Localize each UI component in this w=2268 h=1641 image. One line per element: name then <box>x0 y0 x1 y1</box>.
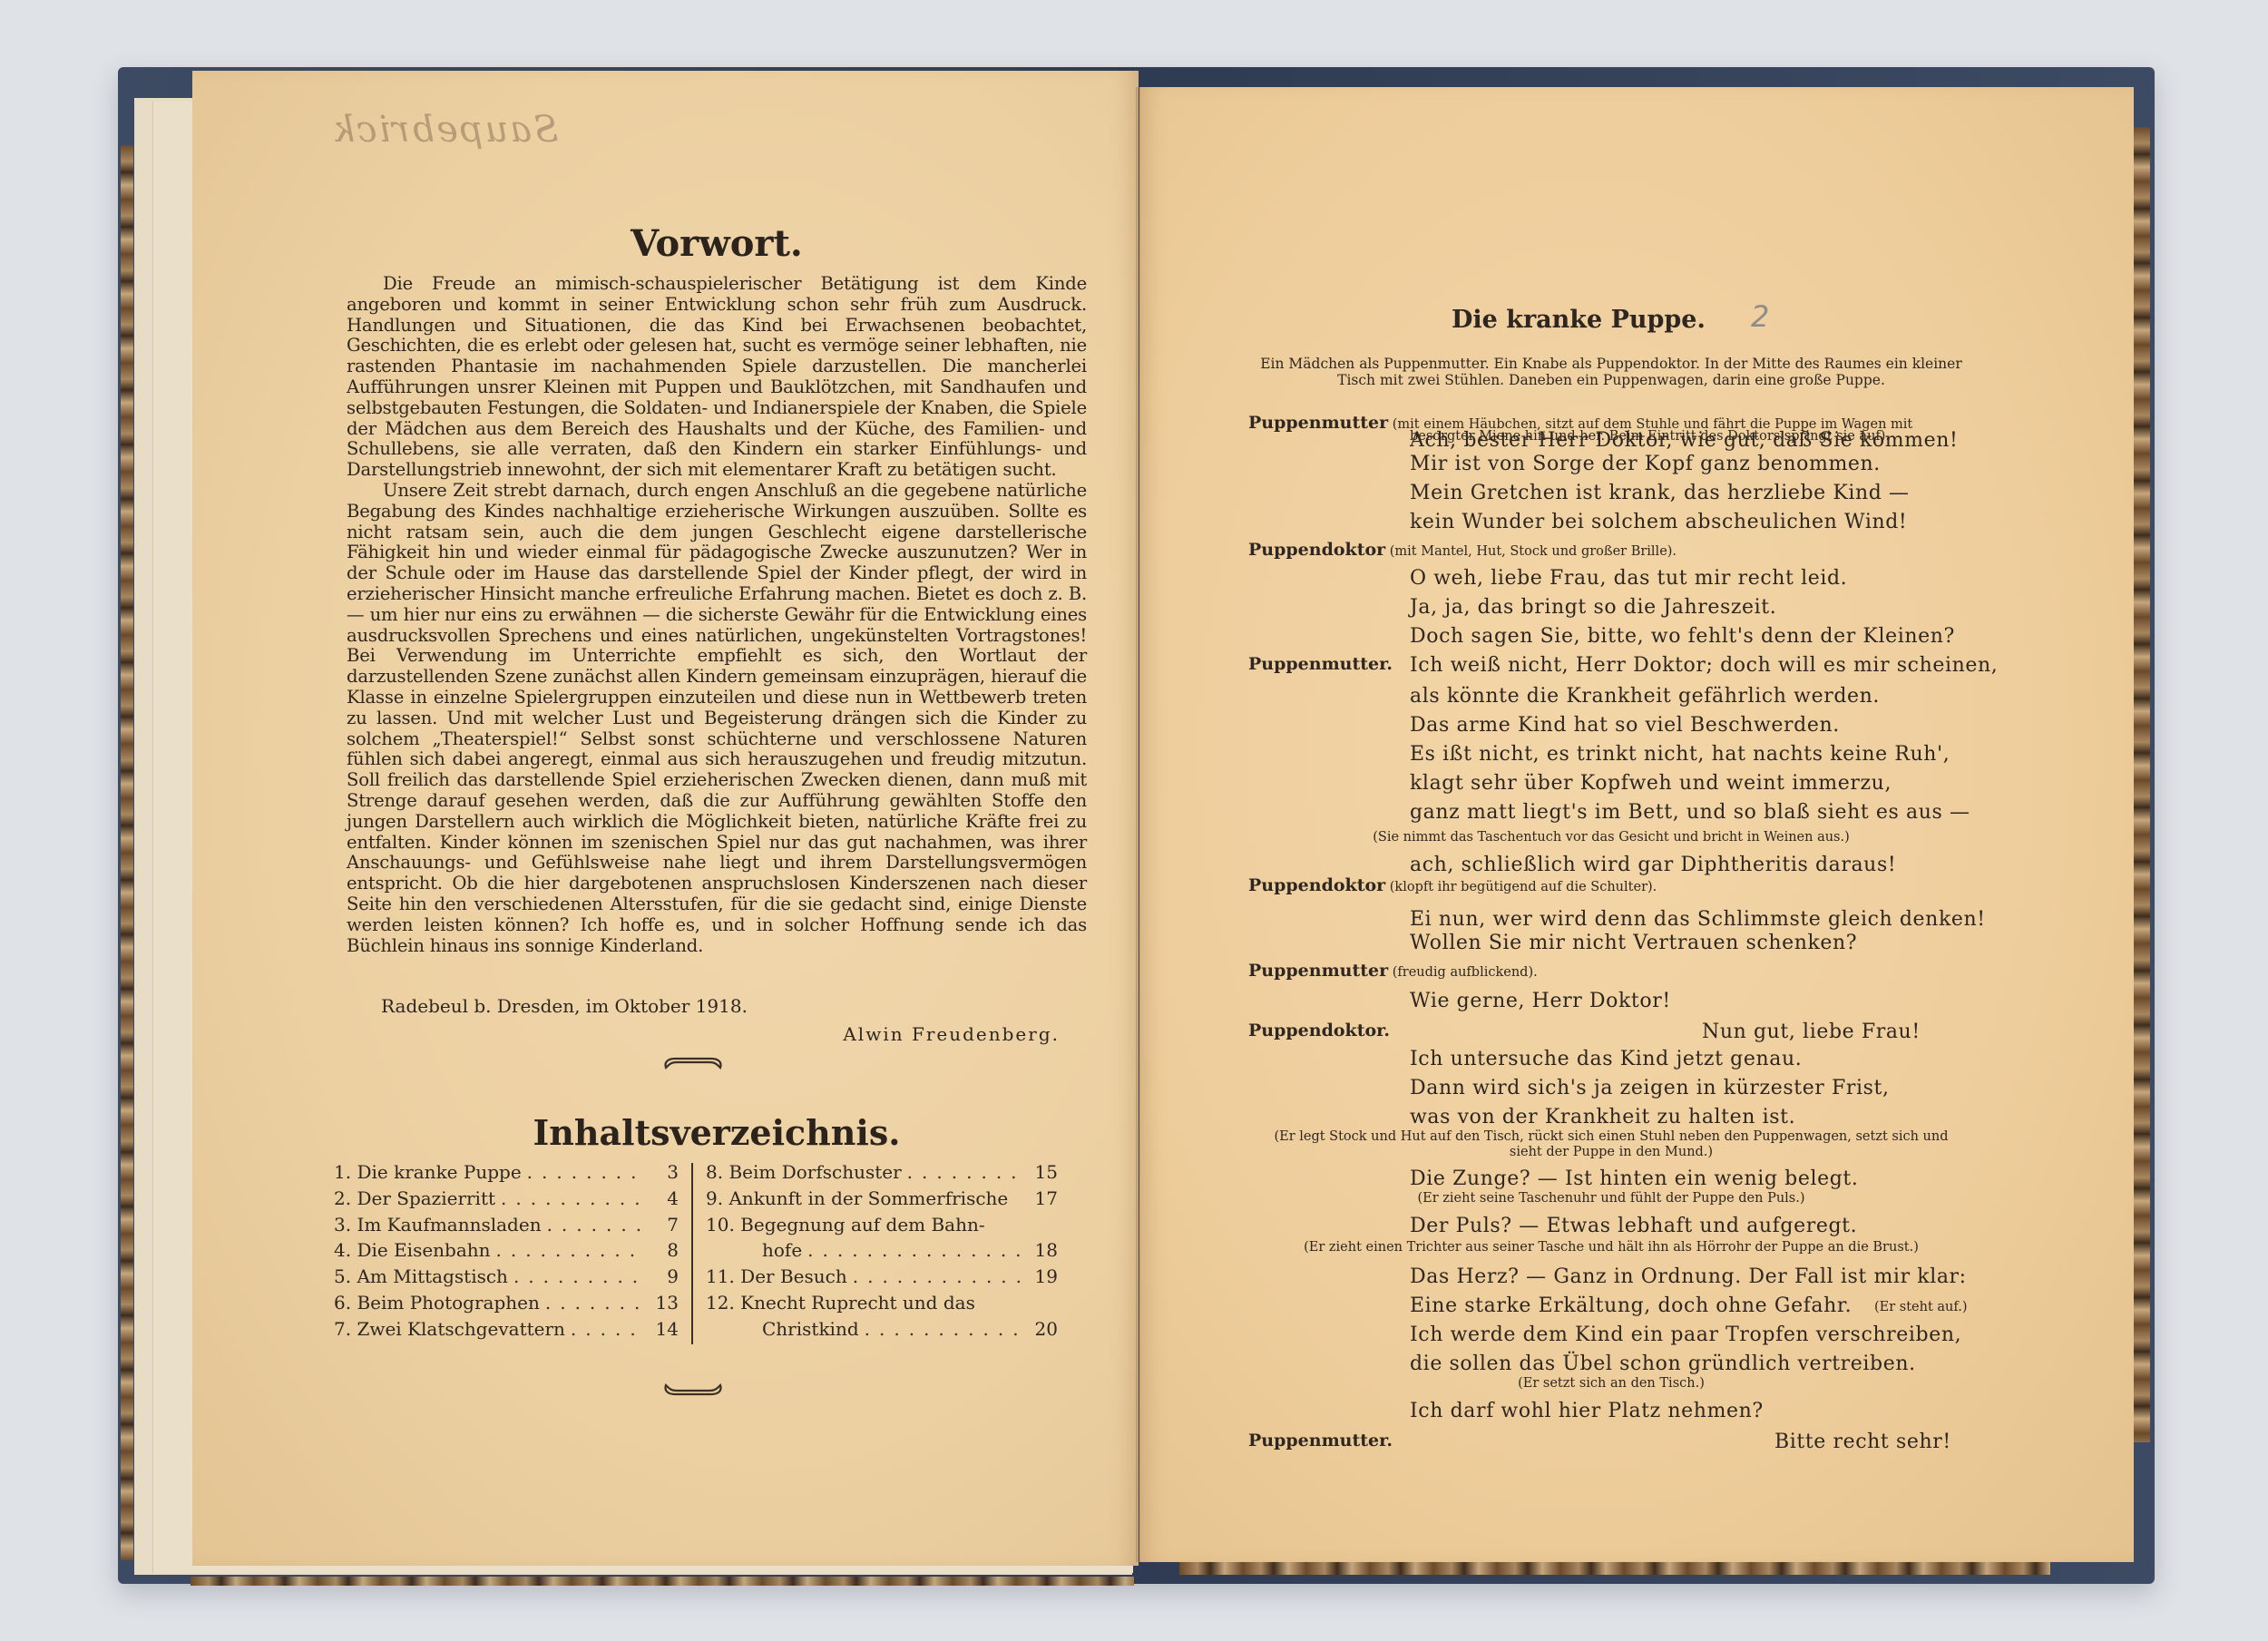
vorwort-body: Die Freude an mimisch-schauspielerischer… <box>347 274 1087 956</box>
ornament-divider-icon <box>662 1382 720 1398</box>
verse-line: Ach, bester Herr Doktor, wie gut, daß Si… <box>1410 429 1958 452</box>
play-title: Die kranke Puppe. <box>1452 306 1706 334</box>
stage-direction: (freudig aufblickend). <box>1388 965 1538 980</box>
script-line: kein Wunder bei solchem abscheulichen Wi… <box>1248 511 1974 540</box>
script-line: Puppenmutter (freudig aufblickend). <box>1248 961 1974 990</box>
author-signature: Alwin Freudenberg. <box>816 1023 1060 1045</box>
verse-line: Doch sagen Sie, bitte, wo fehlt's denn d… <box>1410 625 1955 648</box>
stage-direction: (Er zieht einen Trichter aus seiner Tasc… <box>1248 1240 1974 1255</box>
verse-line: klagt sehr über Kopfweh und weint immerz… <box>1410 772 1892 795</box>
script-line: O weh, liebe Frau, das tut mir recht lei… <box>1248 567 1974 596</box>
script-line: Das Herz? — Ganz in Ordnung. Der Fall is… <box>1248 1265 1974 1294</box>
stage-direction: (Er zieht seine Taschenuhr und fühlt der… <box>1248 1191 1974 1206</box>
book-gutter <box>1136 87 1141 1562</box>
toc-entry[interactable]: 9. Ankunft in der Sommerfrische17 <box>706 1186 1058 1212</box>
script-line: Mein Gretchen ist krank, das herzliebe K… <box>1248 482 1974 511</box>
script-line: ganz matt liegt's im Bett, und so blaß s… <box>1248 801 1974 830</box>
verse-line: was von der Krankheit zu halten ist. <box>1410 1106 1795 1128</box>
verse-line: Bitte recht sehr! <box>1774 1431 1951 1453</box>
speaker-name: Puppenmutter. <box>1248 1431 1393 1451</box>
vorwort-paragraph: Unsere Zeit strebt darnach, durch engen … <box>347 481 1087 956</box>
script-line: Wie gerne, Herr Doktor! <box>1248 990 1974 1019</box>
toc-entry[interactable]: 4. Die Eisenbahn..........8 <box>334 1237 679 1264</box>
verse-line: Ei nun, wer wird denn das Schlimmste gle… <box>1410 908 1986 931</box>
toc-entry-continuation[interactable]: Christkind..................20 <box>706 1316 1058 1343</box>
toc-right-column: 8. Beim Dorfschuster..........15 9. Anku… <box>706 1159 1058 1343</box>
verse-line: Wie gerne, Herr Doktor! <box>1410 990 1671 1012</box>
script-line: Ja, ja, das bringt so die Jahreszeit. <box>1248 596 1974 625</box>
pencil-page-number: 2 <box>1751 299 1769 334</box>
speaker-name: Puppendoktor (mit Mantel, Hut, Stock und… <box>1248 540 1677 560</box>
toc-entry[interactable]: 6. Beim Photographen..........13 <box>334 1290 679 1316</box>
toc-entry[interactable]: 3. Im Kaufmannsladen..........7 <box>334 1212 679 1238</box>
stage-direction: (Er steht auf.) <box>1874 1300 1968 1314</box>
verse-line: ach, schließlich wird gar Diphtheritis d… <box>1410 854 1896 876</box>
toc-entry[interactable]: 10. Begegnung auf dem Bahn- <box>706 1212 1058 1238</box>
marbled-edge-bottom-left <box>191 1577 1134 1586</box>
verse-line: die sollen das Übel schon gründlich vert… <box>1410 1353 1916 1375</box>
script-line: Ich darf wohl hier Platz nehmen? <box>1248 1400 1974 1429</box>
toc-title: Inhaltsverzeichnis. <box>345 1112 1089 1153</box>
speaker-name: Puppendoktor (klopft ihr begütigend auf … <box>1248 875 1657 895</box>
script-line: als könnte die Krankheit gefährlich werd… <box>1248 685 1974 714</box>
pencil-inscription: Saupebrick <box>331 109 558 151</box>
toc-entry[interactable]: 11. Der Besuch..................19 <box>706 1264 1058 1290</box>
toc-entry-continuation[interactable]: hofe..................18 <box>706 1237 1058 1264</box>
verse-line: Ich werde dem Kind ein paar Tropfen vers… <box>1410 1324 1961 1346</box>
script-line: Ich werde dem Kind ein paar Tropfen vers… <box>1248 1324 1974 1353</box>
verse-line: als könnte die Krankheit gefährlich werd… <box>1410 685 1880 708</box>
verse-line: Die Zunge? — Ist hinten ein wenig belegt… <box>1410 1167 1858 1190</box>
speaker-name: Puppendoktor. <box>1248 1021 1390 1040</box>
verse-line: Ja, ja, das bringt so die Jahreszeit. <box>1410 596 1776 619</box>
script-line: Puppenmutter.Ich weiß nicht, Herr Doktor… <box>1248 654 1974 683</box>
stage-direction: sieht der Puppe in den Mund.) <box>1248 1145 1974 1159</box>
toc-entry[interactable]: 1. Die kranke Puppe..........3 <box>334 1159 679 1186</box>
vorwort-title: Vorwort. <box>345 222 1089 265</box>
script-line: (Er legt Stock und Hut auf den Tisch, rü… <box>1248 1129 1974 1158</box>
script-line: Eine starke Erkältung, doch ohne Gefahr.… <box>1248 1294 1974 1324</box>
place-date: Radebeul b. Dresden, im Oktober 1918. <box>381 995 748 1017</box>
toc-column-divider <box>691 1163 693 1344</box>
script-line: Mir ist von Sorge der Kopf ganz benommen… <box>1248 453 1974 482</box>
verse-line: Eine starke Erkältung, doch ohne Gefahr. <box>1410 1294 1852 1317</box>
script-line: Doch sagen Sie, bitte, wo fehlt's denn d… <box>1248 625 1974 654</box>
script-line: Ich untersuche das Kind jetzt genau. <box>1248 1048 1974 1077</box>
toc-left-column: 1. Die kranke Puppe..........3 2. Der Sp… <box>334 1159 679 1343</box>
toc-entry[interactable]: 2. Der Spazierritt..........4 <box>334 1186 679 1212</box>
verse-line: Das Herz? — Ganz in Ordnung. Der Fall is… <box>1410 1265 1967 1288</box>
verse-line: O weh, liebe Frau, das tut mir recht lei… <box>1410 567 1847 590</box>
script-line: Es ißt nicht, es trinkt nicht, hat nacht… <box>1248 743 1974 772</box>
verse-line: Dann wird sich's ja zeigen in kürzester … <box>1410 1077 1890 1099</box>
verse-line: Das arme Kind hat so viel Beschwerden. <box>1410 714 1840 737</box>
verse-line: Mein Gretchen ist krank, das herzliebe K… <box>1410 482 1910 504</box>
verse-line: Wollen Sie mir nicht Vertrauen schenken? <box>1410 932 1857 954</box>
verse-line: Es ißt nicht, es trinkt nicht, hat nacht… <box>1410 743 1950 766</box>
stage-direction: (mit Mantel, Hut, Stock und großer Brill… <box>1385 544 1677 559</box>
toc-entry[interactable]: 7. Zwei Klatschgevattern..........14 <box>334 1316 679 1343</box>
verse-line: Ich untersuche das Kind jetzt genau. <box>1410 1048 1802 1070</box>
verse-line: Ich weiß nicht, Herr Doktor; doch will e… <box>1410 654 1998 677</box>
toc-entry[interactable]: 5. Am Mittagstisch..........9 <box>334 1264 679 1290</box>
stage-direction: (klopft ihr begütigend auf die Schulter)… <box>1385 880 1657 894</box>
verse-line: Nun gut, liebe Frau! <box>1702 1021 1921 1043</box>
verse-line: kein Wunder bei solchem abscheulichen Wi… <box>1410 511 1907 533</box>
speaker-name: Puppenmutter (freudig aufblickend). <box>1248 961 1538 981</box>
stage-direction: (Er setzt sich an den Tisch.) <box>1248 1376 1974 1391</box>
script-line: klagt sehr über Kopfweh und weint immerz… <box>1248 772 1974 801</box>
verse-line: ganz matt liegt's im Bett, und so blaß s… <box>1410 801 1970 824</box>
script-line: Puppendoktor.Nun gut, liebe Frau! <box>1248 1021 1974 1050</box>
verse-line: Ich darf wohl hier Platz nehmen? <box>1410 1400 1764 1422</box>
ornament-divider-icon <box>662 1055 720 1071</box>
script-line: Puppendoktor (mit Mantel, Hut, Stock und… <box>1248 540 1974 569</box>
verse-line: Mir ist von Sorge der Kopf ganz benommen… <box>1410 453 1881 475</box>
marbled-edge-right <box>2134 127 2150 1442</box>
script-line: Das arme Kind hat so viel Beschwerden. <box>1248 714 1974 743</box>
toc-entry[interactable]: 12. Knecht Ruprecht und das <box>706 1290 1058 1316</box>
verse-line: Der Puls? — Etwas lebhaft und aufgeregt. <box>1410 1215 1857 1237</box>
stage-direction: (Sie nimmt das Taschentuch vor das Gesic… <box>1248 830 1974 845</box>
script-line: Dann wird sich's ja zeigen in kürzester … <box>1248 1077 1974 1106</box>
toc-entry[interactable]: 8. Beim Dorfschuster..........15 <box>706 1159 1058 1186</box>
speaker-name: Puppenmutter. <box>1248 654 1393 674</box>
script-line: Puppendoktor (klopft ihr begütigend auf … <box>1248 875 1974 904</box>
marbled-edge-left <box>121 145 133 1560</box>
scene-setting: Ein Mädchen als Puppenmutter. Ein Knabe … <box>1247 356 1975 388</box>
script-line: Puppenmutter.Bitte recht sehr! <box>1248 1431 1974 1460</box>
vorwort-paragraph: Die Freude an mimisch-schauspielerischer… <box>347 274 1087 481</box>
marbled-edge-bottom-right <box>1179 1562 2050 1575</box>
stage-direction: (Er legt Stock und Hut auf den Tisch, rü… <box>1248 1129 1974 1144</box>
script-line: Wollen Sie mir nicht Vertrauen schenken? <box>1248 932 1974 961</box>
